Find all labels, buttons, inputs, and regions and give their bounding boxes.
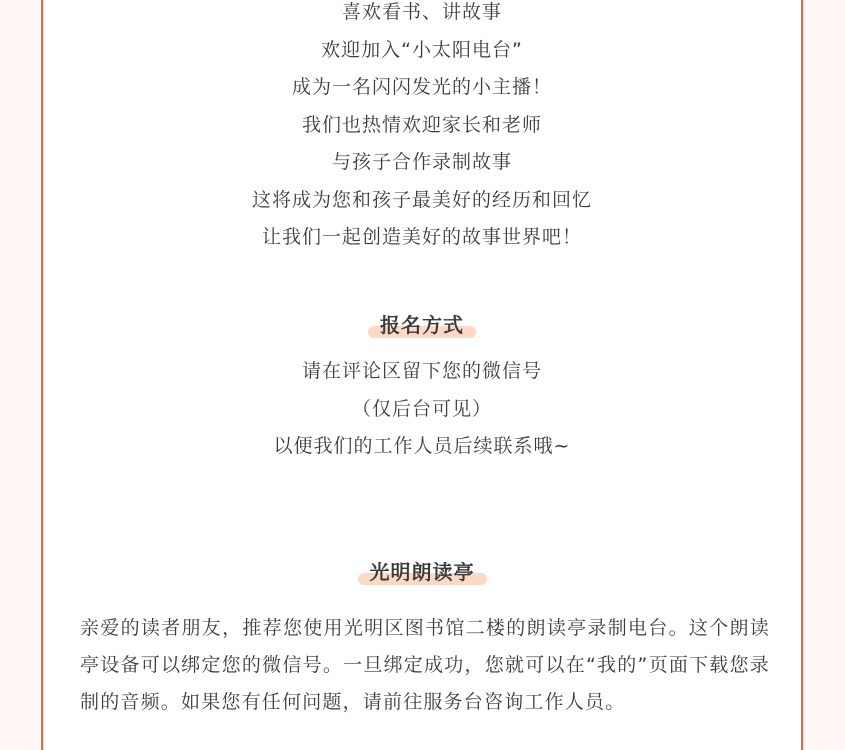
signup-line: 以便我们的工作人员后续联系哦~ — [43, 431, 801, 458]
signup-line: （仅后台可见） — [43, 394, 801, 421]
intro-line: 成为一名闪闪发光的小主播！ — [43, 72, 801, 99]
intro-line: 让我们一起创造美好的故事世界吧！ — [43, 222, 801, 249]
intro-line: 这将成为您和孩子最美好的经历和回忆 — [43, 185, 801, 212]
signup-section-title: 报名方式 — [43, 309, 801, 338]
intro-line: 我们也热情欢迎家长和老师 — [43, 110, 801, 137]
reading-booth-section-title: 光明朗读亭 — [43, 556, 801, 585]
reading-booth-paragraph: 亲爱的读者朋友，推荐您使用光明区图书馆二楼的朗读亭录制电台。这个朗读亭设备可以绑… — [80, 610, 770, 721]
intro-line: 与孩子合作录制故事 — [43, 147, 801, 174]
intro-line: 欢迎加入“小太阳电台” — [43, 35, 801, 62]
article-card: 喜欢看书、讲故事 欢迎加入“小太阳电台” 成为一名闪闪发光的小主播！ 我们也热情… — [41, 0, 803, 725]
intro-line: 喜欢看书、讲故事 — [43, 0, 801, 24]
signup-line: 请在评论区留下您的微信号 — [43, 356, 801, 383]
